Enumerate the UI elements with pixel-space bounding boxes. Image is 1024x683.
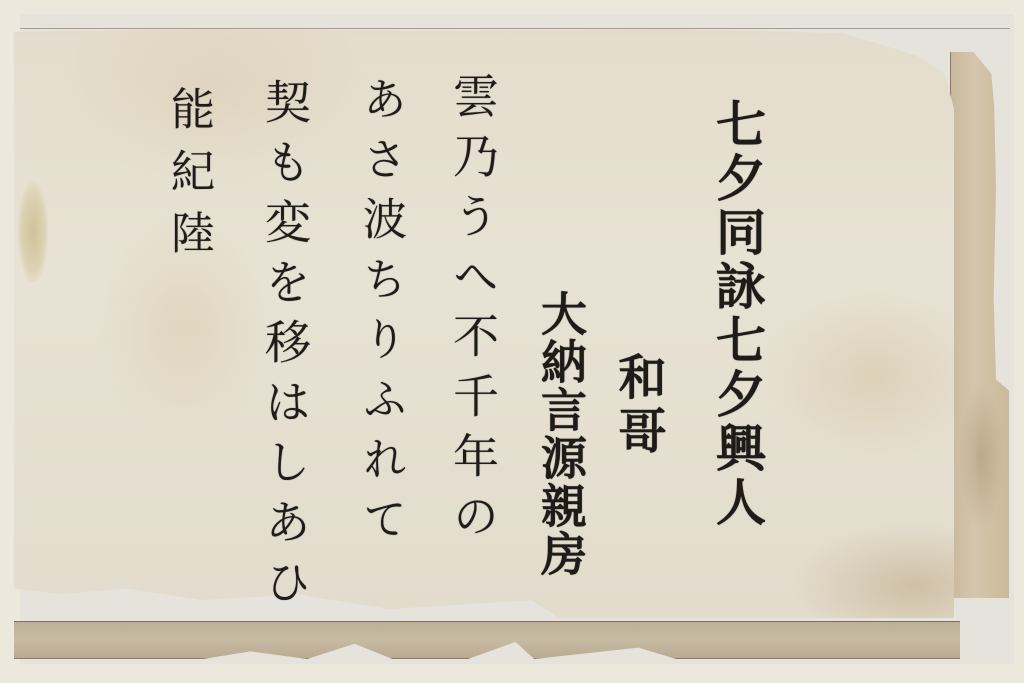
waka-heading-column: 和哥 xyxy=(614,352,662,460)
title-column: 七夕同詠七夕興人 xyxy=(712,98,762,530)
poem-line-1: 雲乃うへ不千年の xyxy=(450,72,496,552)
water-stain xyxy=(959,382,1003,532)
poem-line-3: 契も変を移はしあひ xyxy=(262,78,308,618)
author-column: 大納言源親房 xyxy=(538,290,584,578)
poem-line-4: 能紀陸 xyxy=(166,86,210,272)
poem-line-2: あさ波ちりふれて xyxy=(358,76,402,556)
paper-damage-patch xyxy=(18,182,48,282)
mount-border-line xyxy=(20,28,1010,29)
